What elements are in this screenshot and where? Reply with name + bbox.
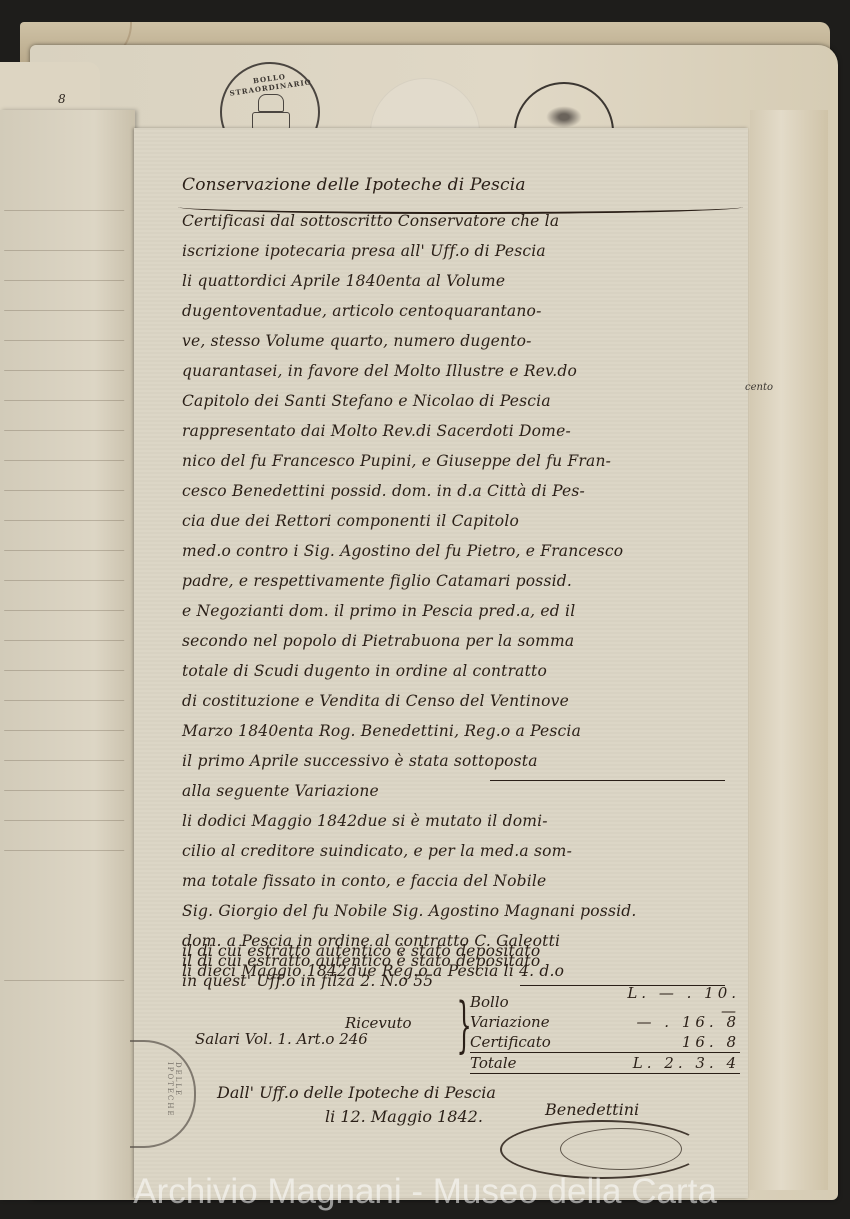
ghost-line — [4, 480, 128, 491]
fee-item: Variazione — [470, 1013, 610, 1031]
office-line: Dall' Uff.o delle Ipoteche di Pescia — [217, 1083, 496, 1102]
text-line: li quattordici Aprile 1840enta al Volume — [182, 272, 505, 290]
text-line: secondo nel popolo di Pietrabuona per la… — [182, 632, 574, 650]
text-line: di costituzione e Vendita di Censo del V… — [182, 692, 569, 710]
text-line: cesco Benedettini possid. dom. in d.a Ci… — [182, 482, 585, 500]
fee-row: Totale L. 2. 3. 4 — [470, 1052, 740, 1074]
left-page-mark: 8 — [58, 92, 66, 106]
fees-table: Bollo L. — . 10. — Variazione — . 16. 8 … — [470, 992, 740, 1074]
fee-row: Certificato 16. 8 — [470, 1032, 740, 1052]
fee-amount: — . 16. 8 — [610, 1013, 740, 1031]
text-line: Sig. Giorgio del fu Nobile Sig. Agostino… — [182, 902, 637, 920]
ghost-line — [4, 780, 128, 791]
watermark: Archivio Magnani - Museo della Carta — [0, 1172, 850, 1212]
ghost-line — [4, 390, 128, 401]
ghost-line — [4, 240, 128, 251]
fee-amount: L. 2. 3. 4 — [610, 1054, 740, 1072]
text-line: alla seguente Variazione — [182, 782, 379, 800]
ghost-line — [4, 600, 128, 611]
text-line: ma totale fissato in conto, e faccia del… — [182, 872, 546, 890]
ghost-line — [4, 690, 128, 701]
ghost-line — [4, 360, 128, 371]
signature: Benedettini — [545, 1100, 639, 1119]
fee-row: Variazione — . 16. 8 — [470, 1012, 740, 1032]
allegorical-figure-icon — [546, 106, 582, 128]
text-line: e Negozianti dom. il primo in Pescia pre… — [182, 602, 575, 620]
receipt-reference: Salari Vol. 1. Art.o 246 — [195, 1030, 368, 1048]
text-line: rappresentato dai Molto Rev.di Sacerdoti… — [182, 422, 571, 440]
ghost-line — [4, 200, 128, 211]
ghost-line — [4, 810, 128, 821]
ghost-line — [4, 970, 128, 981]
ghost-line — [4, 570, 128, 581]
text-line: cilio al creditore suindicato, e per la … — [182, 842, 572, 860]
text-line: Marzo 1840enta Rog. Benedettini, Reg.o a… — [182, 722, 581, 740]
ghost-line — [4, 450, 128, 461]
text-line: dugentoventadue, articolo centoquarantan… — [182, 302, 542, 320]
date-line: li 12. Maggio 1842. — [325, 1107, 483, 1126]
fee-item: Bollo — [470, 993, 610, 1011]
crown-icon — [258, 94, 284, 112]
left-tab — [0, 62, 100, 112]
ghost-line — [4, 840, 128, 851]
left-page-bleedthrough — [0, 110, 135, 1200]
ghost-line — [4, 720, 128, 731]
signature-flourish-icon — [560, 1128, 682, 1170]
text-line: Certificasi dal sottoscritto Conservator… — [182, 212, 559, 230]
fee-item: Totale — [470, 1054, 610, 1072]
ghost-line — [4, 630, 128, 641]
text-line: Capitolo dei Santi Stefano e Nicolao di … — [182, 392, 551, 410]
ghost-line — [4, 660, 128, 671]
text-line-final: in quest' Uff.o in filza 2. N.o 55 — [182, 972, 433, 990]
fee-amount: 16. 8 — [610, 1033, 740, 1051]
seal-text: DELLE IPOTECHE — [166, 1062, 182, 1146]
fill-line — [490, 780, 725, 781]
text-line: iscrizione ipotecaria presa all' Uff.o d… — [182, 242, 546, 260]
text-line: quarantasei, in favore del Molto Illustr… — [182, 362, 577, 380]
text-line: cia due dei Rettori componenti il Capito… — [182, 512, 519, 530]
text-line: li dodici Maggio 1842due si è mutato il … — [182, 812, 548, 830]
text-line: ve, stesso Volume quarto, numero dugento… — [182, 332, 532, 350]
ghost-line — [4, 330, 128, 341]
text-line: il primo Aprile successivo è stata sotto… — [182, 752, 538, 770]
ghost-line — [4, 270, 128, 281]
text-line: nico del fu Francesco Pupini, e Giuseppe… — [182, 452, 611, 470]
text-line: padre, e respettivamente figlio Catamari… — [182, 572, 572, 590]
ghost-line — [4, 510, 128, 521]
margin-note: cento — [745, 382, 773, 393]
fee-item: Certificato — [470, 1033, 610, 1051]
text-line: totale di Scudi dugento in ordine al con… — [182, 662, 547, 680]
text-line: med.o contro i Sig. Agostino del fu Piet… — [182, 542, 623, 560]
ghost-line — [4, 300, 128, 311]
ghost-line — [4, 750, 128, 761]
ghost-line — [4, 420, 128, 431]
document-title: Conservazione delle Ipoteche di Pescia — [182, 175, 526, 195]
folded-right-edge — [750, 110, 828, 1190]
ghost-line — [4, 540, 128, 551]
fee-row: Bollo L. — . 10. — — [470, 992, 740, 1012]
text-line-final: il di cui estratto autentico è stato dep… — [182, 942, 540, 960]
